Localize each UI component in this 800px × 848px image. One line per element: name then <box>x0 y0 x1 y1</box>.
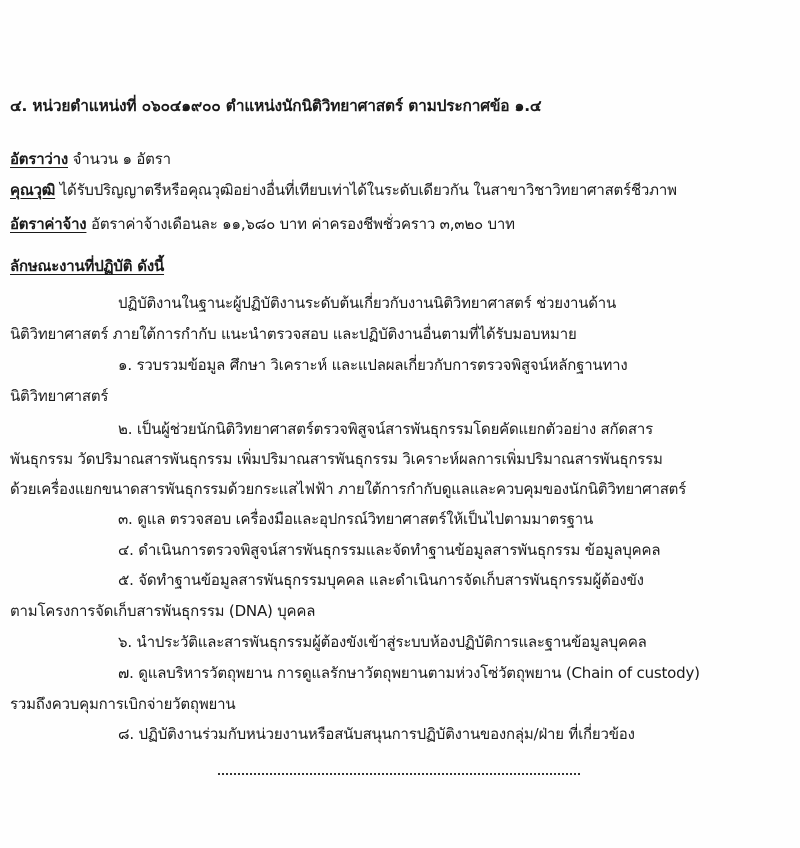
duty-item-6: ๖. นำประวัติและสารพันธุกรรมผู้ต้องขังเข้… <box>118 632 647 652</box>
qualification-value: ได้รับปริญญาตรีหรือคุณวุฒิอย่างอื่นที่เท… <box>55 181 677 199</box>
intro-line-2: นิติวิทยาศาสตร์ ภายใต้การกำกับ แนะนำตรวจ… <box>10 324 577 344</box>
duty-item-8: ๘. ปฏิบัติงานร่วมกับหน่วยงานหรือสนับสนุน… <box>118 724 635 744</box>
duty-item-1-line-1: ๑. รวบรวมข้อมูล ศึกษา วิเคราะห์ และแปลผล… <box>118 355 628 375</box>
duty-item-7-line-1: ๗. ดูแลบริหารวัตถุพยาน การดูแลรักษาวัตถุ… <box>118 663 700 683</box>
salary-label: อัตราค่าจ้าง <box>10 215 86 233</box>
document-page: ๔. หน่วยตำแหน่งที่ ๐๖๐๔๑๙๐๐ ตำแหน่งนักนิ… <box>0 0 800 848</box>
duty-item-1-line-2: นิติวิทยาศาสตร์ <box>10 386 108 406</box>
vacancy-row: อัตราว่าง จำนวน ๑ อัตรา <box>10 149 171 169</box>
section-heading: ๔. หน่วยตำแหน่งที่ ๐๖๐๔๑๙๐๐ ตำแหน่งนักนิ… <box>10 96 541 116</box>
duty-item-2-line-3: ด้วยเครื่องแยกขนาดสารพันธุกรรมด้วยกระแสไ… <box>10 479 686 499</box>
end-of-section-dotted-line <box>218 773 580 775</box>
duty-item-7-line-2: รวมถึงควบคุมการเบิกจ่ายวัตถุพยาน <box>10 694 235 714</box>
intro-line-1: ปฏิบัติงานในฐานะผู้ปฏิบัติงานระดับต้นเกี… <box>118 293 616 313</box>
duties-heading: ลักษณะงานที่ปฏิบัติ ดังนี้ <box>10 257 164 275</box>
duty-item-5-line-1: ๕. จัดทำฐานข้อมูลสารพันธุกรรมบุคคล และดำ… <box>118 570 644 590</box>
qualification-label: คุณวุฒิ <box>10 181 55 199</box>
salary-row: อัตราค่าจ้าง อัตราค่าจ้างเดือนละ ๑๑,๖๘๐ … <box>10 214 515 234</box>
vacancy-value: จำนวน ๑ อัตรา <box>68 150 171 168</box>
duty-item-2-line-2: พันธุกรรม วัดปริมาณสารพันธุกรรม เพิ่มปริ… <box>10 449 663 469</box>
duty-item-5-line-2: ตามโครงการจัดเก็บสารพันธุกรรม (DNA) บุคค… <box>10 601 315 621</box>
vacancy-label: อัตราว่าง <box>10 150 68 168</box>
duty-item-4: ๔. ดำเนินการตรวจพิสูจน์สารพันธุกรรมและจั… <box>118 540 660 560</box>
salary-value: อัตราค่าจ้างเดือนละ ๑๑,๖๘๐ บาท ค่าครองชี… <box>86 215 514 233</box>
duties-heading-row: ลักษณะงานที่ปฏิบัติ ดังนี้ <box>10 256 164 276</box>
duty-item-2-line-1: ๒. เป็นผู้ช่วยนักนิติวิทยาศาสตร์ตรวจพิสู… <box>118 419 653 439</box>
qualification-row: คุณวุฒิ ได้รับปริญญาตรีหรือคุณวุฒิอย่างอ… <box>10 180 677 200</box>
duty-item-3: ๓. ดูแล ตรวจสอบ เครื่องมือและอุปกรณ์วิทย… <box>118 509 593 529</box>
